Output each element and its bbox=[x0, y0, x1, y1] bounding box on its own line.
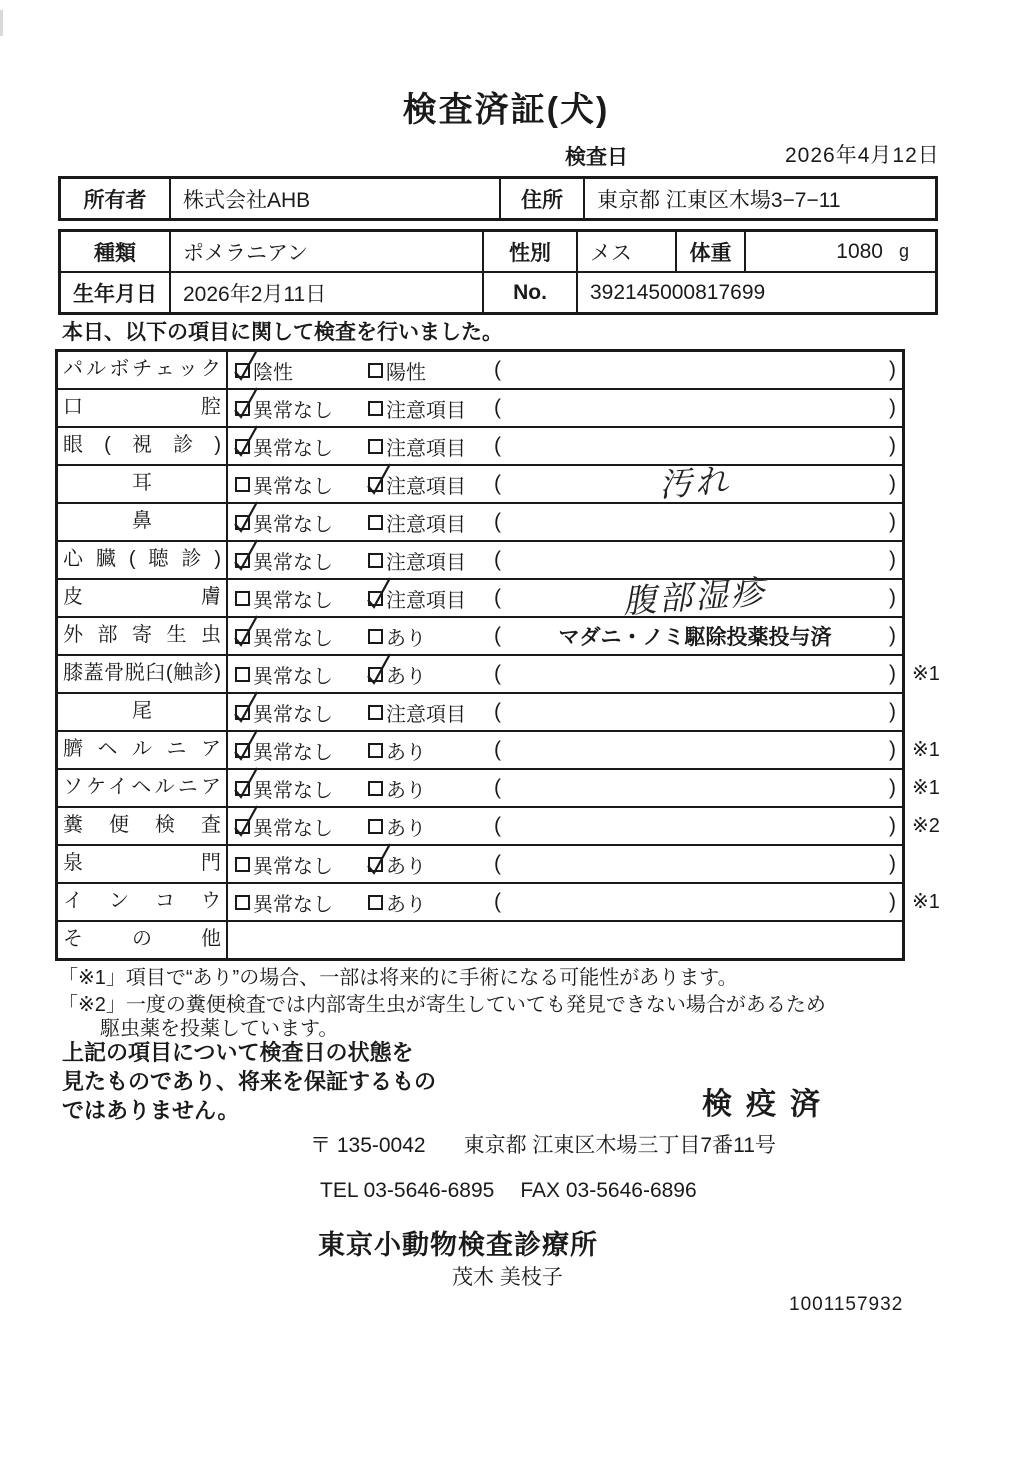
paren-open: ( bbox=[494, 852, 501, 876]
inspection-date-label: 検査日 bbox=[565, 141, 628, 171]
disclaimer-line-3: ではありません。 bbox=[62, 1096, 436, 1125]
checkbox-normal[interactable] bbox=[235, 401, 250, 416]
checkbox-present[interactable] bbox=[368, 857, 383, 872]
checkbox-positive[interactable] bbox=[368, 363, 383, 378]
checklist-row-tail: 尾 異常なし 注意項目 () bbox=[58, 692, 902, 730]
checkbox-present[interactable] bbox=[368, 743, 383, 758]
option2-label: 注意項目 bbox=[386, 698, 466, 727]
checkbox-normal[interactable] bbox=[235, 667, 250, 682]
paren-close: ) bbox=[889, 548, 896, 572]
option1-label: 異常なし bbox=[253, 774, 333, 803]
checklist-row-parvo: パルボチェック 陰性 陽性 () bbox=[58, 352, 902, 388]
document-code: 1001157932 bbox=[789, 1294, 903, 1316]
ref-note: ※1 bbox=[912, 770, 940, 806]
checklist-row-umbilical-hernia: 臍ヘルニア 異常なし あり () ※1 bbox=[58, 730, 902, 768]
paren-close: ) bbox=[889, 472, 896, 496]
paren-close: ) bbox=[889, 890, 896, 914]
option1-label: 異常なし bbox=[253, 508, 333, 537]
option1-label: 異常なし bbox=[253, 888, 333, 917]
item-content: 異常なし あり () bbox=[228, 656, 902, 692]
checklist-row-fecal-exam: 糞便検査 異常なし あり () ※2 bbox=[58, 806, 902, 844]
checkbox-present[interactable] bbox=[368, 895, 383, 910]
breed-label: 種類 bbox=[61, 232, 171, 271]
checkbox-normal[interactable] bbox=[235, 819, 250, 834]
checklist-row-ears: 耳 異常なし 注意項目 (汚れ) bbox=[58, 464, 902, 502]
checkbox-present[interactable] bbox=[368, 781, 383, 796]
item-content: 異常なし あり () bbox=[228, 770, 902, 806]
option2-label: あり bbox=[386, 812, 426, 841]
handwritten-check-icon bbox=[231, 423, 261, 459]
handwritten-check-icon bbox=[364, 575, 394, 611]
item-label: その他 bbox=[58, 922, 228, 958]
checkbox-normal[interactable] bbox=[235, 895, 250, 910]
paren-close: ) bbox=[889, 776, 896, 800]
handwritten-check-icon bbox=[231, 803, 261, 839]
checkbox-normal[interactable] bbox=[235, 477, 250, 492]
item-content: 異常なし 注意項目 () bbox=[228, 504, 902, 540]
item-label: パルボチェック bbox=[58, 352, 228, 388]
option2-label: 注意項目 bbox=[386, 584, 466, 613]
handwritten-check-icon bbox=[364, 461, 394, 497]
paren-open: ( bbox=[494, 890, 501, 914]
option1-label: 異常なし bbox=[253, 622, 333, 651]
option1-label: 異常なし bbox=[253, 850, 333, 879]
weight-unit: g bbox=[899, 241, 909, 262]
checklist-row-ectoparasites: 外部寄生虫 異常なし あり (マダニ・ノミ駆除投薬投与済) bbox=[58, 616, 902, 654]
checkbox-caution[interactable] bbox=[368, 439, 383, 454]
weight-cell: 1080 g bbox=[746, 232, 935, 271]
number-label: No. bbox=[484, 273, 578, 312]
owner-label: 所有者 bbox=[61, 179, 171, 218]
item-content: 異常なし あり () bbox=[228, 808, 902, 844]
owner-value: 株式会社AHB bbox=[171, 179, 501, 218]
option2-label: あり bbox=[386, 888, 426, 917]
handwritten-check-icon bbox=[231, 347, 261, 383]
option1-label: 異常なし bbox=[253, 470, 333, 499]
clinic-postal-line: 〒 135-0042東京都 江東区木場三丁目7番11号 bbox=[310, 1129, 776, 1159]
paren-open: ( bbox=[494, 738, 501, 762]
option2-label: あり bbox=[386, 774, 426, 803]
scan-edge-artifact bbox=[0, 10, 3, 36]
veterinarian-name: 茂木 美枝子 bbox=[452, 1261, 563, 1291]
birthdate-label: 生年月日 bbox=[61, 273, 171, 312]
checklist-row-patella: 膝蓋骨脱臼(触診) 異常なし あり () ※1 bbox=[58, 654, 902, 692]
handwritten-check-icon bbox=[231, 537, 261, 573]
item-label: 尾 bbox=[58, 694, 228, 730]
checkbox-caution[interactable] bbox=[368, 553, 383, 568]
paren-close: ) bbox=[889, 586, 896, 610]
checkbox-normal[interactable] bbox=[235, 705, 250, 720]
paren-open: ( bbox=[494, 396, 501, 420]
item-content: 異常なし あり () bbox=[228, 846, 902, 882]
inspection-certificate-document: 検査済証(犬) 検査日 2026年4月12日 所有者 株式会社AHB 住所 東京… bbox=[0, 0, 1012, 1472]
checklist-row-skin: 皮膚 異常なし 注意項目 (腹部湿疹) bbox=[58, 578, 902, 616]
birthdate-value: 2026年2月11日 bbox=[171, 273, 484, 312]
handwritten-check-icon bbox=[231, 689, 261, 725]
item-content: 異常なし 注意項目 (腹部湿疹) bbox=[228, 580, 902, 616]
option2-label: 注意項目 bbox=[386, 470, 466, 499]
paren-open: ( bbox=[494, 700, 501, 724]
checkbox-present[interactable] bbox=[368, 667, 383, 682]
handwritten-check-icon bbox=[231, 765, 261, 801]
handwritten-check-icon bbox=[231, 727, 261, 763]
clinic-telfax-line: TEL 03-5646-6895FAX 03-5646-6896 bbox=[320, 1179, 697, 1203]
postal-code: 〒 135-0042 bbox=[310, 1134, 426, 1157]
sex-label: 性別 bbox=[484, 232, 578, 271]
option1-label: 異常なし bbox=[253, 660, 333, 689]
breed-value: ポメラニアン bbox=[171, 232, 484, 271]
option1-label: 異常なし bbox=[253, 394, 333, 423]
checklist-row-mouth: 口腔 異常なし 注意項目 () bbox=[58, 388, 902, 426]
checkbox-caution[interactable] bbox=[368, 477, 383, 492]
option2-label: あり bbox=[386, 622, 426, 651]
checkbox-caution[interactable] bbox=[368, 705, 383, 720]
paren-open: ( bbox=[494, 662, 501, 686]
option2-label: 注意項目 bbox=[386, 394, 466, 423]
clinic-address: 東京都 江東区木場三丁目7番11号 bbox=[464, 1134, 776, 1157]
clinic-name: 東京小動物検査診療所 bbox=[318, 1223, 598, 1262]
document-title: 検査済証(犬) bbox=[0, 82, 1012, 131]
option2-label: 陽性 bbox=[386, 356, 426, 385]
paren-close: ) bbox=[889, 396, 896, 420]
paren-close: ) bbox=[889, 358, 896, 382]
paren-close: ) bbox=[889, 624, 896, 648]
item-label: 臍ヘルニア bbox=[58, 732, 228, 768]
owner-table: 所有者 株式会社AHB 住所 東京都 江東区木場3−7−11 bbox=[58, 176, 938, 221]
address-value: 東京都 江東区木場3−7−11 bbox=[585, 179, 935, 218]
paren-open: ( bbox=[494, 776, 501, 800]
checkbox-normal[interactable] bbox=[235, 629, 250, 644]
option1-label: 異常なし bbox=[253, 546, 333, 575]
address-label: 住所 bbox=[501, 179, 585, 218]
item-label: 眼(視診) bbox=[58, 428, 228, 464]
disclaimer-line-1: 上記の項目について検査日の状態を bbox=[62, 1038, 436, 1067]
paren-open: ( bbox=[494, 814, 501, 838]
handwritten-check-icon bbox=[231, 499, 261, 535]
item-label: インコウ bbox=[58, 884, 228, 920]
ref-note: ※2 bbox=[912, 808, 940, 844]
ref-note: ※1 bbox=[912, 656, 940, 692]
pet-info-table: 種類 ポメラニアン 性別 メス 体重 1080 g 生年月日 2026年2月11… bbox=[58, 229, 938, 315]
checkbox-caution[interactable] bbox=[368, 515, 383, 530]
checkbox-normal[interactable] bbox=[235, 515, 250, 530]
item-content: 異常なし あり () bbox=[228, 732, 902, 768]
paren-close: ) bbox=[889, 700, 896, 724]
paren-open: ( bbox=[494, 434, 501, 458]
checklist-row-inguinal-hernia: ソケイヘルニア 異常なし あり () ※1 bbox=[58, 768, 902, 806]
paren-close: ) bbox=[889, 814, 896, 838]
checklist-table: パルボチェック 陰性 陽性 () 口腔 異常なし 注意項目 () 眼(視診) 異… bbox=[55, 349, 905, 961]
footnote-2-continued: 駆虫薬を投薬しています。 bbox=[100, 1012, 338, 1041]
item-label: 外部寄生虫 bbox=[58, 618, 228, 654]
clinic-fax: FAX 03-5646-6896 bbox=[520, 1179, 696, 1202]
item-label: 心臓(聴診) bbox=[58, 542, 228, 578]
paren-open: ( bbox=[494, 624, 501, 648]
paren-close: ) bbox=[889, 434, 896, 458]
option2-label: あり bbox=[386, 736, 426, 765]
checkbox-normal[interactable] bbox=[235, 857, 250, 872]
paren-close: ) bbox=[889, 510, 896, 534]
inspection-date-value: 2026年4月12日 bbox=[785, 139, 940, 169]
option1-label: 異常なし bbox=[253, 584, 333, 613]
item-content: 異常なし 注意項目 () bbox=[228, 390, 902, 426]
option1-label: 異常なし bbox=[253, 698, 333, 727]
disclaimer-text: 上記の項目について検査日の状態を 見たものであり、将来を保証するもの ではありま… bbox=[62, 1038, 436, 1125]
item-content: 異常なし 注意項目 () bbox=[228, 694, 902, 730]
item-content: 陰性 陽性 () bbox=[228, 352, 902, 388]
checklist-row-other: その他 bbox=[58, 920, 902, 958]
paren-close: ) bbox=[889, 852, 896, 876]
item-content: 異常なし あり () bbox=[228, 884, 902, 920]
checkbox-normal[interactable] bbox=[235, 553, 250, 568]
ref-note: ※1 bbox=[912, 732, 940, 768]
checklist-row-fontanelle: 泉門 異常なし あり () bbox=[58, 844, 902, 882]
handwritten-check-icon bbox=[231, 385, 261, 421]
item-content: 異常なし 注意項目 (汚れ) bbox=[228, 466, 902, 502]
item-label: 糞便検査 bbox=[58, 808, 228, 844]
paren-open: ( bbox=[494, 510, 501, 534]
checklist-row-inkou: インコウ 異常なし あり () ※1 bbox=[58, 882, 902, 920]
checkbox-normal[interactable] bbox=[235, 781, 250, 796]
paren-open: ( bbox=[494, 548, 501, 572]
pet-info-row-2: 生年月日 2026年2月11日 No. 392145000817699 bbox=[61, 271, 935, 312]
paren-open: ( bbox=[494, 358, 501, 382]
pet-info-row-1: 種類 ポメラニアン 性別 メス 体重 1080 g bbox=[61, 232, 935, 271]
item-label: 口腔 bbox=[58, 390, 228, 426]
option1-label: 異常なし bbox=[253, 736, 333, 765]
option2-label: 注意項目 bbox=[386, 432, 466, 461]
paren-close: ) bbox=[889, 738, 896, 762]
quarantine-passed-stamp: 検疫済 bbox=[702, 1079, 834, 1123]
item-content-empty bbox=[228, 922, 902, 958]
ref-note: ※1 bbox=[912, 884, 940, 920]
item-label: 膝蓋骨脱臼(触診) bbox=[58, 656, 228, 692]
handwritten-check-icon bbox=[364, 651, 394, 687]
checklist-row-nose: 鼻 異常なし 注意項目 () bbox=[58, 502, 902, 540]
intro-text: 本日、以下の項目に関して検査を行いました。 bbox=[62, 316, 503, 346]
footnote-1: 「※1」項目で“あり”の場合、一部は将来的に手術になる可能性があります。 bbox=[58, 961, 738, 990]
handwritten-check-icon bbox=[231, 613, 261, 649]
disclaimer-line-2: 見たものであり、将来を保証するもの bbox=[62, 1067, 436, 1096]
checkbox-caution[interactable] bbox=[368, 591, 383, 606]
handwritten-check-icon bbox=[364, 841, 394, 877]
paren-close: ) bbox=[889, 662, 896, 686]
item-label: 皮膚 bbox=[58, 580, 228, 616]
number-value: 392145000817699 bbox=[578, 273, 935, 312]
checkbox-caution[interactable] bbox=[368, 401, 383, 416]
checkbox-negative[interactable] bbox=[235, 363, 250, 378]
checkbox-normal[interactable] bbox=[235, 591, 250, 606]
option1-label: 異常なし bbox=[253, 812, 333, 841]
checkbox-normal[interactable] bbox=[235, 743, 250, 758]
item-label: 耳 bbox=[58, 466, 228, 502]
remark-value: マダニ・ノミ駆除投薬投与済 bbox=[501, 621, 889, 651]
weight-value: 1080 bbox=[836, 240, 883, 264]
weight-label: 体重 bbox=[677, 232, 746, 271]
clinic-tel: TEL 03-5646-6895 bbox=[320, 1179, 494, 1202]
option2-label: 注意項目 bbox=[386, 508, 466, 537]
checkbox-present[interactable] bbox=[368, 629, 383, 644]
item-label: ソケイヘルニア bbox=[58, 770, 228, 806]
item-label: 泉門 bbox=[58, 846, 228, 882]
item-content: 異常なし あり (マダニ・ノミ駆除投薬投与済) bbox=[228, 618, 902, 654]
checkbox-present[interactable] bbox=[368, 819, 383, 834]
option1-label: 異常なし bbox=[253, 432, 333, 461]
sex-value: メス bbox=[578, 232, 677, 271]
item-label: 鼻 bbox=[58, 504, 228, 540]
option2-label: 注意項目 bbox=[386, 546, 466, 575]
checkbox-normal[interactable] bbox=[235, 439, 250, 454]
